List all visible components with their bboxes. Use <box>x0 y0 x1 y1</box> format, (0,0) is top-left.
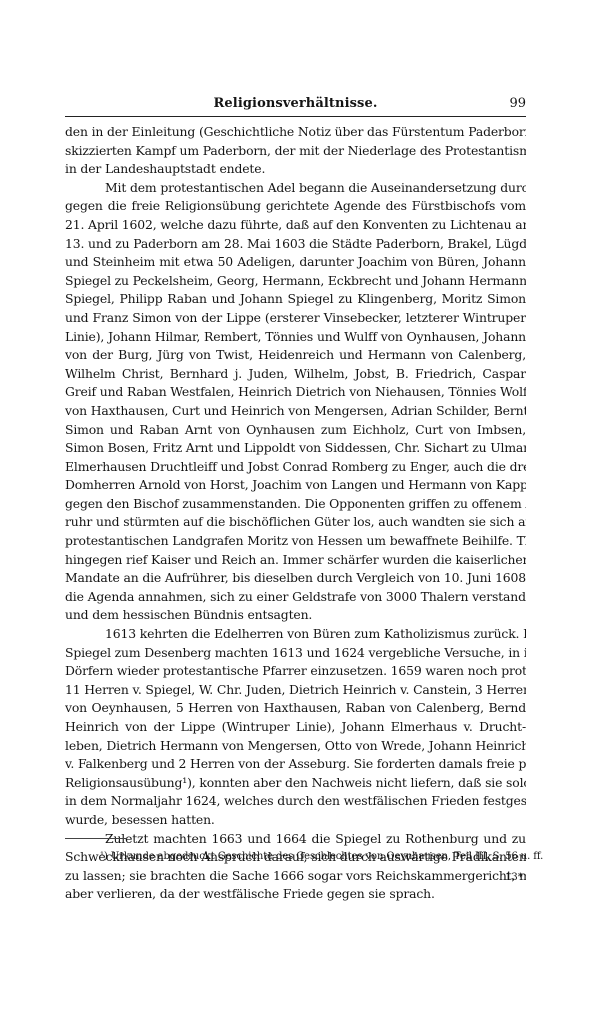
text-line: und Steinheim mit etwa 50 Adeligen, daru… <box>65 253 526 272</box>
text-line: Simon und Raban Arnt von Oynhausen zum E… <box>65 421 526 440</box>
footnote: ¹) Urkunde abgedruckt Geschichte des Ges… <box>100 851 530 862</box>
text-line: die Agenda annahmen, sich zu einer Gelds… <box>65 588 526 607</box>
text-line: 1613 kehrten die Edelherren von Büren zu… <box>65 625 526 644</box>
text-line: zu lassen; sie brachten die Sache 1666 s… <box>65 867 526 886</box>
text-line: Spiegel zu Peckelsheim, Georg, Hermann, … <box>65 272 526 291</box>
text-line: und dem hessischen Bündnis entsagten. <box>65 606 526 625</box>
footnote-marker: ¹) <box>100 851 108 862</box>
text-line: und Franz Simon von der Lippe (ersterer … <box>65 309 526 328</box>
paragraph: Mit dem protestantischen Adel begann die… <box>65 179 526 625</box>
text-line: Zuletzt machten 1663 und 1664 die Spiege… <box>65 830 526 849</box>
text-line: leben, Dietrich Hermann von Mengersen, O… <box>65 737 526 756</box>
paragraph: den in der Einleitung (Geschichtliche No… <box>65 123 526 179</box>
footnote-text: Urkunde abgedruckt Geschichte des Geschl… <box>111 851 543 862</box>
text-line: Greif und Raban Westfalen, Heinrich Diet… <box>65 383 526 402</box>
text-line: Mandate an die Aufrührer, bis dieselben … <box>65 569 526 588</box>
footnote-rule <box>65 838 127 839</box>
header-rule <box>65 116 526 117</box>
running-title: Religionsverhältnisse. <box>65 96 526 111</box>
text-line: aber verlieren, da der westfälische Frie… <box>65 885 526 904</box>
text-line: hingegen rief Kaiser und Reich an. Immer… <box>65 551 526 570</box>
body-text: den in der Einleitung (Geschichtliche No… <box>65 123 526 904</box>
text-line: von der Burg, Jürg von Twist, Heidenreic… <box>65 346 526 365</box>
text-line: von Haxthausen, Curt und Heinrich von Me… <box>65 402 526 421</box>
paragraph: 1613 kehrten die Edelherren von Büren zu… <box>65 625 526 830</box>
text-line: in dem Normaljahr 1624, welches durch de… <box>65 792 526 811</box>
book-page: Religionsverhältnisse. 99 den in der Ein… <box>0 0 600 1013</box>
text-line: Linie), Johann Hilmar, Rembert, Tönnies … <box>65 328 526 347</box>
signature-mark: 13* <box>505 872 523 883</box>
text-line: von Oeynhausen, 5 Herren von Haxthausen,… <box>65 699 526 718</box>
text-line: Religionsausübung¹), konnten aber den Na… <box>65 774 526 793</box>
text-line: protestantischen Landgrafen Moritz von H… <box>65 532 526 551</box>
text-line: Mit dem protestantischen Adel begann die… <box>65 179 526 198</box>
text-line: v. Falkenberg und 2 Herren von der Asseb… <box>65 755 526 774</box>
text-line: ruhr und stürmten auf die bischöflichen … <box>65 513 526 532</box>
text-line: wurde, besessen hatten. <box>65 811 526 830</box>
text-line: Heinrich von der Lippe (Wintruper Linie)… <box>65 718 526 737</box>
text-line: gegen den Bischof zusammenstanden. Die O… <box>65 495 526 514</box>
text-line: 21. April 1602, welche dazu führte, daß … <box>65 216 526 235</box>
text-line: gegen die freie Religionsübung gerichtet… <box>65 197 526 216</box>
text-line: Wilhelm Christ, Bernhard j. Juden, Wilhe… <box>65 365 526 384</box>
text-line: 11 Herren v. Spiegel, W. Chr. Juden, Die… <box>65 681 526 700</box>
paragraph: Zuletzt machten 1663 und 1664 die Spiege… <box>65 830 526 904</box>
page-number: 99 <box>509 96 526 111</box>
text-line: Elmerhausen Druchtleiff und Jobst Conrad… <box>65 458 526 477</box>
text-line: Spiegel, Philipp Raban und Johann Spiege… <box>65 290 526 309</box>
text-line: Simon Bosen, Fritz Arnt und Lippoldt von… <box>65 439 526 458</box>
page-header: Religionsverhältnisse. 99 <box>65 96 526 114</box>
text-line: Domherren Arnold von Horst, Joachim von … <box>65 476 526 495</box>
text-line: skizzierten Kampf um Paderborn, der mit … <box>65 142 526 161</box>
text-line: in der Landeshauptstadt endete. <box>65 160 526 179</box>
text-line: Spiegel zum Desenberg machten 1613 und 1… <box>65 644 526 663</box>
text-line: den in der Einleitung (Geschichtliche No… <box>65 123 526 142</box>
text-line: 13. und zu Paderborn am 28. Mai 1603 die… <box>65 235 526 254</box>
text-line: Dörfern wieder protestantische Pfarrer e… <box>65 662 526 681</box>
